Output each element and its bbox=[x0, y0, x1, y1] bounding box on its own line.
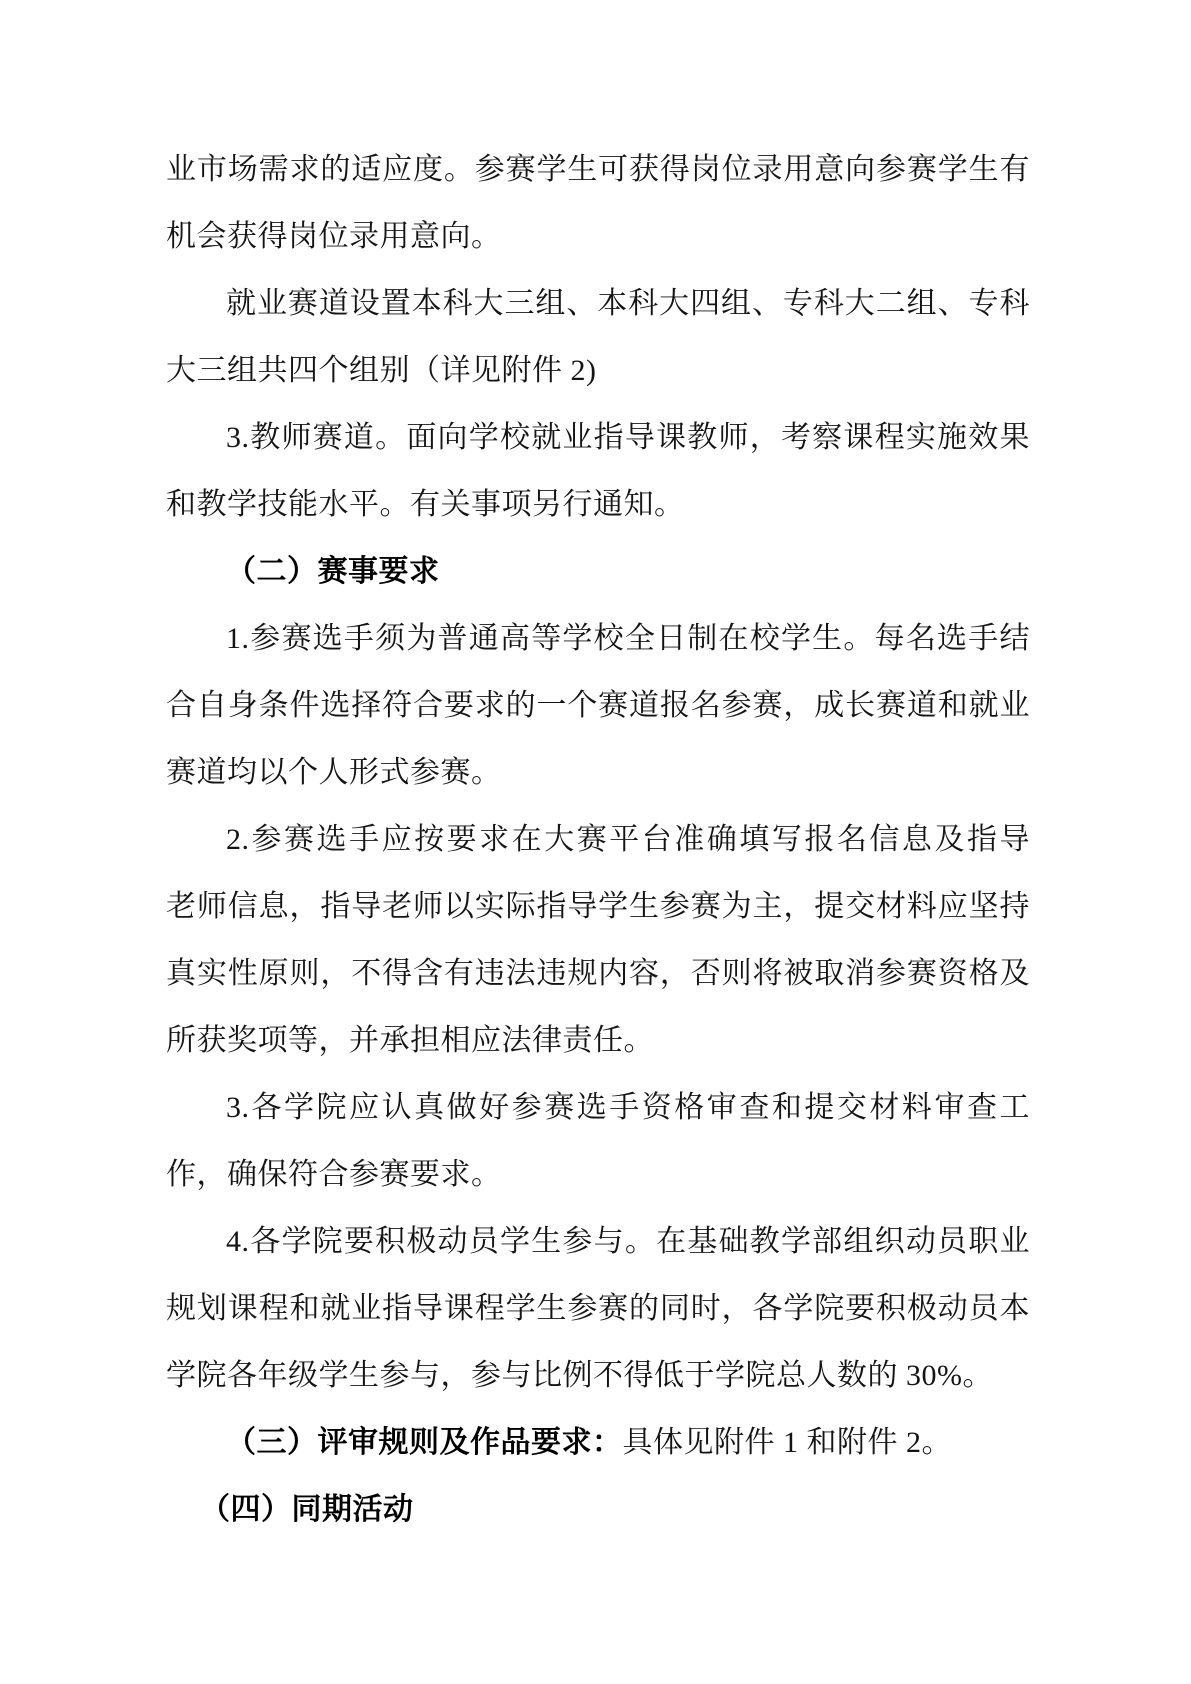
text-line: 1.参赛选手须为普通高等学校全日制在校学生。每名选手结 bbox=[166, 605, 1030, 672]
text-line: 就业赛道设置本科大三组、本科大四组、专科大二组、专科 bbox=[166, 270, 1030, 337]
text-line: 赛道均以个人形式参赛。 bbox=[166, 739, 1030, 806]
text-line: 机会获得岗位录用意向。 bbox=[166, 203, 1030, 270]
text-line: 作，确保符合参赛要求。 bbox=[166, 1141, 1030, 1208]
text-line: 所获奖项等，并承担相应法律责任。 bbox=[166, 1007, 1030, 1074]
text-line: 业市场需求的适应度。参赛学生可获得岗位录用意向参赛学生有 bbox=[166, 136, 1030, 203]
text-line: 学院各年级学生参与，参与比例不得低于学院总人数的 30%。 bbox=[166, 1342, 1030, 1409]
text-line: 合自身条件选择符合要求的一个赛道报名参赛，成长赛道和就业 bbox=[166, 672, 1030, 739]
text-line: 大三组共四个组别（详见附件 2) bbox=[166, 337, 1030, 404]
section-heading-2: （二）赛事要求 bbox=[166, 538, 1030, 605]
text-line: 2.参赛选手应按要求在大赛平台准确填写报名信息及指导 bbox=[166, 806, 1030, 873]
section-heading-3: （三）评审规则及作品要求：具体见附件 1 和附件 2。 bbox=[166, 1409, 1030, 1476]
document-page: 业市场需求的适应度。参赛学生可获得岗位录用意向参赛学生有 机会获得岗位录用意向。… bbox=[0, 0, 1191, 1684]
text-line: 3.各学院应认真做好参赛选手资格审查和提交材料审查工 bbox=[166, 1074, 1030, 1141]
section-heading-3-label: （三）评审规则及作品要求： bbox=[226, 1426, 623, 1459]
text-line: 3.教师赛道。面向学校就业指导课教师，考察课程实施效果 bbox=[166, 404, 1030, 471]
section-heading-4: （四）同期活动 bbox=[166, 1476, 1030, 1543]
text-line: 规划课程和就业指导课程学生参赛的同时，各学院要积极动员本 bbox=[166, 1275, 1030, 1342]
document-body: 业市场需求的适应度。参赛学生可获得岗位录用意向参赛学生有 机会获得岗位录用意向。… bbox=[166, 136, 1030, 1543]
text-line: 真实性原则，不得含有违法违规内容，否则将被取消参赛资格及 bbox=[166, 940, 1030, 1007]
text-line: 4.各学院要积极动员学生参与。在基础教学部组织动员职业 bbox=[166, 1208, 1030, 1275]
text-line: 和教学技能水平。有关事项另行通知。 bbox=[166, 471, 1030, 538]
section-heading-3-tail: 具体见附件 1 和附件 2。 bbox=[623, 1426, 953, 1459]
text-line: 老师信息，指导老师以实际指导学生参赛为主，提交材料应坚持 bbox=[166, 873, 1030, 940]
